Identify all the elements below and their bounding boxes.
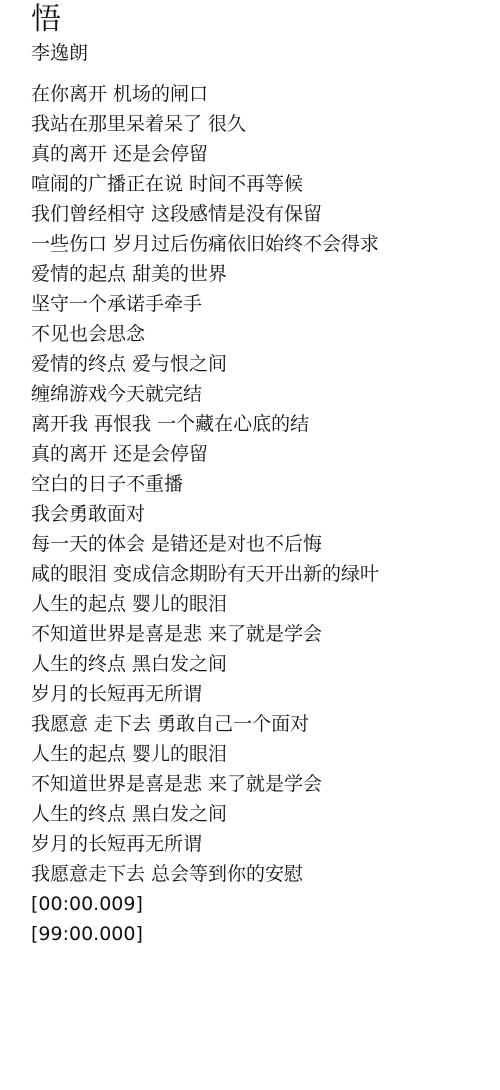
lyric-line: 人生的终点 黑白发之间 [31, 649, 379, 679]
timestamp-line: [00:00.009] [31, 889, 379, 919]
lyric-line: 坚守一个承诺手牵手 [31, 289, 379, 319]
lyric-line: 真的离开 还是会停留 [31, 439, 379, 469]
lyric-line: 不见也会思念 [31, 319, 379, 349]
lyric-line: 我会勇敢面对 [31, 499, 379, 529]
lyric-line: 我站在那里呆着呆了 很久 [31, 109, 379, 139]
lyrics-list: 在你离开 机场的闸口 我站在那里呆着呆了 很久 真的离开 还是会停留 喧闹的广播… [31, 79, 379, 949]
lyric-line: 喧闹的广播正在说 时间不再等候 [31, 169, 379, 199]
lyric-line: 离开我 再恨我 一个藏在心底的结 [31, 409, 379, 439]
lyric-line: 空白的日子不重播 [31, 469, 379, 499]
timestamp-line: [99:00.000] [31, 919, 379, 949]
lyric-line: 爱情的终点 爱与恨之间 [31, 349, 379, 379]
lyric-line: 人生的终点 黑白发之间 [31, 799, 379, 829]
lyric-line: 爱情的起点 甜美的世界 [31, 259, 379, 289]
song-title: 悟 [31, 1, 61, 39]
lyric-line: 岁月的长短再无所谓 [31, 829, 379, 859]
song-artist: 李逸朗 [31, 40, 88, 66]
lyric-line: 每一天的体会 是错还是对也不后悔 [31, 529, 379, 559]
lyric-line: 缠绵游戏今天就完结 [31, 379, 379, 409]
lyric-line: 不知道世界是喜是悲 来了就是学会 [31, 619, 379, 649]
lyric-line: 岁月的长短再无所谓 [31, 679, 379, 709]
lyric-line: 真的离开 还是会停留 [31, 139, 379, 169]
lyric-line: 人生的起点 婴儿的眼泪 [31, 739, 379, 769]
lyric-line: 我愿意走下去 总会等到你的安慰 [31, 859, 379, 889]
lyric-line: 一些伤口 岁月过后伤痛依旧始终不会得求 [31, 229, 379, 259]
lyric-line: 不知道世界是喜是悲 来了就是学会 [31, 769, 379, 799]
lyric-line: 人生的起点 婴儿的眼泪 [31, 589, 379, 619]
lyric-line: 在你离开 机场的闸口 [31, 79, 379, 109]
lyric-line: 我愿意 走下去 勇敢自己一个面对 [31, 709, 379, 739]
lyric-line: 我们曾经相守 这段感情是没有保留 [31, 199, 379, 229]
lyric-line: 咸的眼泪 变成信念期盼有天开出新的绿叶 [31, 559, 379, 589]
